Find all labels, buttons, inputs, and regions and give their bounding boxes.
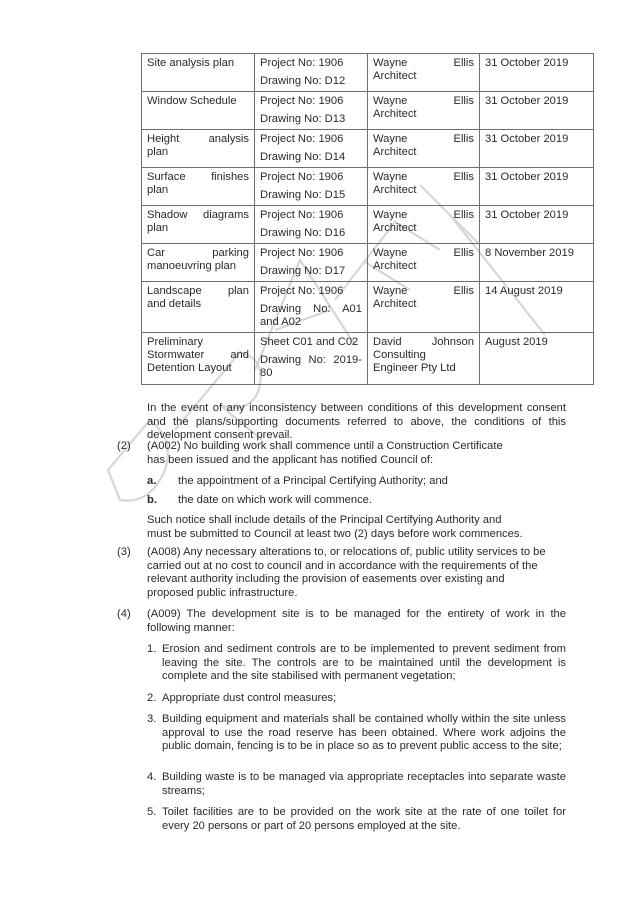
plan-reference-cell: Project No: 1906Drawing No: D12 xyxy=(255,54,368,92)
table-row: Window ScheduleProject No: 1906Drawing N… xyxy=(142,92,594,130)
plan-title-cell: Landscapeplanand details xyxy=(142,282,255,333)
cell-text: analysis xyxy=(209,133,249,146)
cell-text: Ellis xyxy=(453,285,474,298)
plan-reference-cell: Sheet C01 and C02Drawing No: 2019-80 xyxy=(255,333,368,385)
list-item-number: 4. xyxy=(147,771,156,783)
cell-text: Heightanalysis xyxy=(147,133,249,146)
cell-text: Project No: 1906 xyxy=(260,247,362,260)
plan-date-cell: 31 October 2019 xyxy=(480,168,594,206)
plan-reference-cell: Project No: 1906Drawing No: D15 xyxy=(255,168,368,206)
cell-text: Window Schedule xyxy=(147,95,249,108)
plan-reference-cell: Project No: 1906Drawing No: D16 xyxy=(255,206,368,244)
cell-text: Ellis xyxy=(453,57,474,70)
plan-title-cell: Surfacefinishesplan xyxy=(142,168,255,206)
cell-text: Landscapeplan xyxy=(147,285,249,298)
condition-footer-line: must be submitted to Council at least tw… xyxy=(147,528,566,542)
plan-reference-cell: Project No: 1906Drawing No: D17 xyxy=(255,244,368,282)
condition-number: (3) xyxy=(117,546,131,558)
condition-text-line: (A002) No building work shall commence u… xyxy=(147,440,566,454)
cell-text: WayneEllis xyxy=(373,95,474,108)
cell-text: 31 October 2019 xyxy=(485,57,588,70)
cell-text: Ellis xyxy=(453,133,474,146)
sub-item-text: the appointment of a Principal Certifyin… xyxy=(178,475,448,487)
table-row: Carparkingmanoeuvring planProject No: 19… xyxy=(142,244,594,282)
condition-footer-line: Such notice shall include details of the… xyxy=(147,514,566,528)
plan-date-cell: 8 November 2019 xyxy=(480,244,594,282)
plan-date-cell: August 2019 xyxy=(480,333,594,385)
cell-text: plan xyxy=(147,146,249,159)
cell-text: Wayne xyxy=(373,171,407,184)
condition-number: (4) xyxy=(117,608,131,620)
document-page: Site analysis planProject No: 1906Drawin… xyxy=(0,0,636,907)
condition-number: (2) xyxy=(117,440,131,452)
cell-text: Height xyxy=(147,133,179,146)
sub-item-text: the date on which work will commence. xyxy=(178,494,372,506)
plan-date-cell: 31 October 2019 xyxy=(480,54,594,92)
cell-text: Stormwater and Detention Layout xyxy=(147,349,249,375)
cell-text: WayneEllis xyxy=(373,171,474,184)
plan-date-cell: 31 October 2019 xyxy=(480,130,594,168)
cell-text: Wayne xyxy=(373,57,407,70)
sub-item-label: b. xyxy=(147,494,157,506)
cell-text: August 2019 xyxy=(485,336,588,349)
cell-text: Carparking xyxy=(147,247,249,260)
cell-text: 14 August 2019 xyxy=(485,285,588,298)
cell-text: Architect xyxy=(373,260,474,273)
plan-author-cell: WayneEllisArchitect xyxy=(368,92,480,130)
table-row: HeightanalysisplanProject No: 1906Drawin… xyxy=(142,130,594,168)
cell-text: Drawing No: D16 xyxy=(260,227,362,240)
plan-title-cell: Heightanalysisplan xyxy=(142,130,255,168)
cell-text: WayneEllis xyxy=(373,285,474,298)
cell-text: plan xyxy=(228,285,249,298)
plan-title-cell: Site analysis plan xyxy=(142,54,255,92)
cell-text: finishes xyxy=(211,171,249,184)
cell-text: plan xyxy=(147,184,249,197)
cell-text: Johnson xyxy=(432,336,474,349)
plan-author-cell: WayneEllisArchitect xyxy=(368,54,480,92)
list-item-number: 1. xyxy=(147,643,156,655)
cell-text: Engineer Pty Ltd xyxy=(373,362,474,375)
plan-author-cell: WayneEllisArchitect xyxy=(368,206,480,244)
cell-text: Shadowdiagrams xyxy=(147,209,249,222)
cell-text: Project No: 1906 xyxy=(260,285,362,298)
plan-reference-cell: Project No: 1906Drawing No: D14 xyxy=(255,130,368,168)
cell-text: Architect xyxy=(373,70,474,83)
condition-text-line: relevant authority including the provisi… xyxy=(147,573,566,587)
cell-text: Drawing No: D13 xyxy=(260,113,362,126)
condition-text: (A008) Any necessary alterations to, or … xyxy=(147,546,566,600)
table-row: ShadowdiagramsplanProject No: 1906Drawin… xyxy=(142,206,594,244)
list-item-text: Appropriate dust control measures; xyxy=(162,692,566,706)
cell-text: Wayne xyxy=(373,247,407,260)
table-row: Landscapeplanand detailsProject No: 1906… xyxy=(142,282,594,333)
cell-text: Ellis xyxy=(453,95,474,108)
cell-text: Drawing No: D12 xyxy=(260,75,362,88)
cell-text: WayneEllis xyxy=(373,133,474,146)
cell-text: Surfacefinishes xyxy=(147,171,249,184)
inconsistency-note: In the event of any inconsistency betwee… xyxy=(147,402,566,443)
cell-text: Drawing No: A01 and A02 xyxy=(260,303,362,329)
cell-text: Site analysis plan xyxy=(147,57,249,70)
cell-text: DavidJohnson xyxy=(373,336,474,349)
cell-text: Ellis xyxy=(453,171,474,184)
plan-reference-cell: Project No: 1906Drawing No: D13 xyxy=(255,92,368,130)
cell-text: Project No: 1906 xyxy=(260,133,362,146)
cell-text: 31 October 2019 xyxy=(485,209,588,222)
cell-text: Wayne xyxy=(373,209,407,222)
list-item-number: 2. xyxy=(147,692,156,704)
cell-text: manoeuvring plan xyxy=(147,260,249,273)
table-row: SurfacefinishesplanProject No: 1906Drawi… xyxy=(142,168,594,206)
cell-text: Drawing No: D17 xyxy=(260,265,362,278)
cell-text: WayneEllis xyxy=(373,247,474,260)
cell-text: Project No: 1906 xyxy=(260,57,362,70)
plan-title-cell: Carparkingmanoeuvring plan xyxy=(142,244,255,282)
approved-plans-table: Site analysis planProject No: 1906Drawin… xyxy=(141,53,594,385)
plan-author-cell: WayneEllisArchitect xyxy=(368,282,480,333)
cell-text: Project No: 1906 xyxy=(260,95,362,108)
cell-text: Wayne xyxy=(373,95,407,108)
cell-text: Sheet C01 and C02 xyxy=(260,336,362,349)
plan-title-cell: Shadowdiagramsplan xyxy=(142,206,255,244)
cell-text: parking xyxy=(212,247,249,260)
condition-text-line: carried out at no cost to council and in… xyxy=(147,560,566,574)
plan-date-cell: 14 August 2019 xyxy=(480,282,594,333)
plan-date-cell: 31 October 2019 xyxy=(480,92,594,130)
list-item-text: Toilet facilities are to be provided on … xyxy=(162,806,566,833)
cell-text: Project No: 1906 xyxy=(260,171,362,184)
cell-text: David xyxy=(373,336,402,349)
cell-text: Architect xyxy=(373,146,474,159)
plan-author-cell: DavidJohnsonConsultingEngineer Pty Ltd xyxy=(368,333,480,385)
cell-text: 31 October 2019 xyxy=(485,133,588,146)
plan-author-cell: WayneEllisArchitect xyxy=(368,244,480,282)
list-item-text: Building equipment and materials shall b… xyxy=(162,713,566,754)
cell-text: WayneEllis xyxy=(373,209,474,222)
condition-footer: Such notice shall include details of the… xyxy=(147,514,566,541)
plan-author-cell: WayneEllisArchitect xyxy=(368,168,480,206)
cell-text: Consulting xyxy=(373,349,474,362)
cell-text: 31 October 2019 xyxy=(485,95,588,108)
plan-date-cell: 31 October 2019 xyxy=(480,206,594,244)
plan-reference-cell: Project No: 1906Drawing No: A01 and A02 xyxy=(255,282,368,333)
cell-text: Wayne xyxy=(373,133,407,146)
cell-text: Architect xyxy=(373,184,474,197)
plan-title-cell: PreliminaryStormwater and Detention Layo… xyxy=(142,333,255,385)
list-item-number: 5. xyxy=(147,806,156,818)
plan-title-cell: Window Schedule xyxy=(142,92,255,130)
cell-text: Wayne xyxy=(373,285,407,298)
cell-text: Shadow xyxy=(147,209,187,222)
table-row: Site analysis planProject No: 1906Drawin… xyxy=(142,54,594,92)
condition-text: (A009) The development site is to be man… xyxy=(147,608,566,635)
cell-text: 8 November 2019 xyxy=(485,247,588,260)
cell-text: Surface xyxy=(147,171,186,184)
condition-text-line: (A008) Any necessary alterations to, or … xyxy=(147,546,566,560)
cell-text: 31 October 2019 xyxy=(485,171,588,184)
cell-text: Ellis xyxy=(453,209,474,222)
cell-text: Landscape xyxy=(147,285,202,298)
cell-text: diagrams xyxy=(203,209,249,222)
cell-text: and details xyxy=(147,298,249,311)
condition-text-line: has been issued and the applicant has no… xyxy=(147,454,566,468)
cell-text: Architect xyxy=(373,222,474,235)
cell-text: Project No: 1906 xyxy=(260,209,362,222)
cell-text: Drawing No: 2019-80 xyxy=(260,354,362,380)
cell-text: plan xyxy=(147,222,249,235)
cell-text: Architect xyxy=(373,298,474,311)
cell-text: Drawing No: D14 xyxy=(260,151,362,164)
condition-text-line: proposed public infrastructure. xyxy=(147,587,566,601)
cell-text: WayneEllis xyxy=(373,57,474,70)
list-item-text: Building waste is to be managed via appr… xyxy=(162,771,566,798)
list-item-text: Erosion and sediment controls are to be … xyxy=(162,643,566,684)
list-item-number: 3. xyxy=(147,713,156,725)
cell-text: Architect xyxy=(373,108,474,121)
cell-text: Car xyxy=(147,247,165,260)
cell-text: Ellis xyxy=(453,247,474,260)
sub-item-label: a. xyxy=(147,475,156,487)
cell-text: Preliminary xyxy=(147,336,249,349)
plan-author-cell: WayneEllisArchitect xyxy=(368,130,480,168)
condition-text: (A002) No building work shall commence u… xyxy=(147,440,566,467)
cell-text: Drawing No: D15 xyxy=(260,189,362,202)
table-row: PreliminaryStormwater and Detention Layo… xyxy=(142,333,594,385)
